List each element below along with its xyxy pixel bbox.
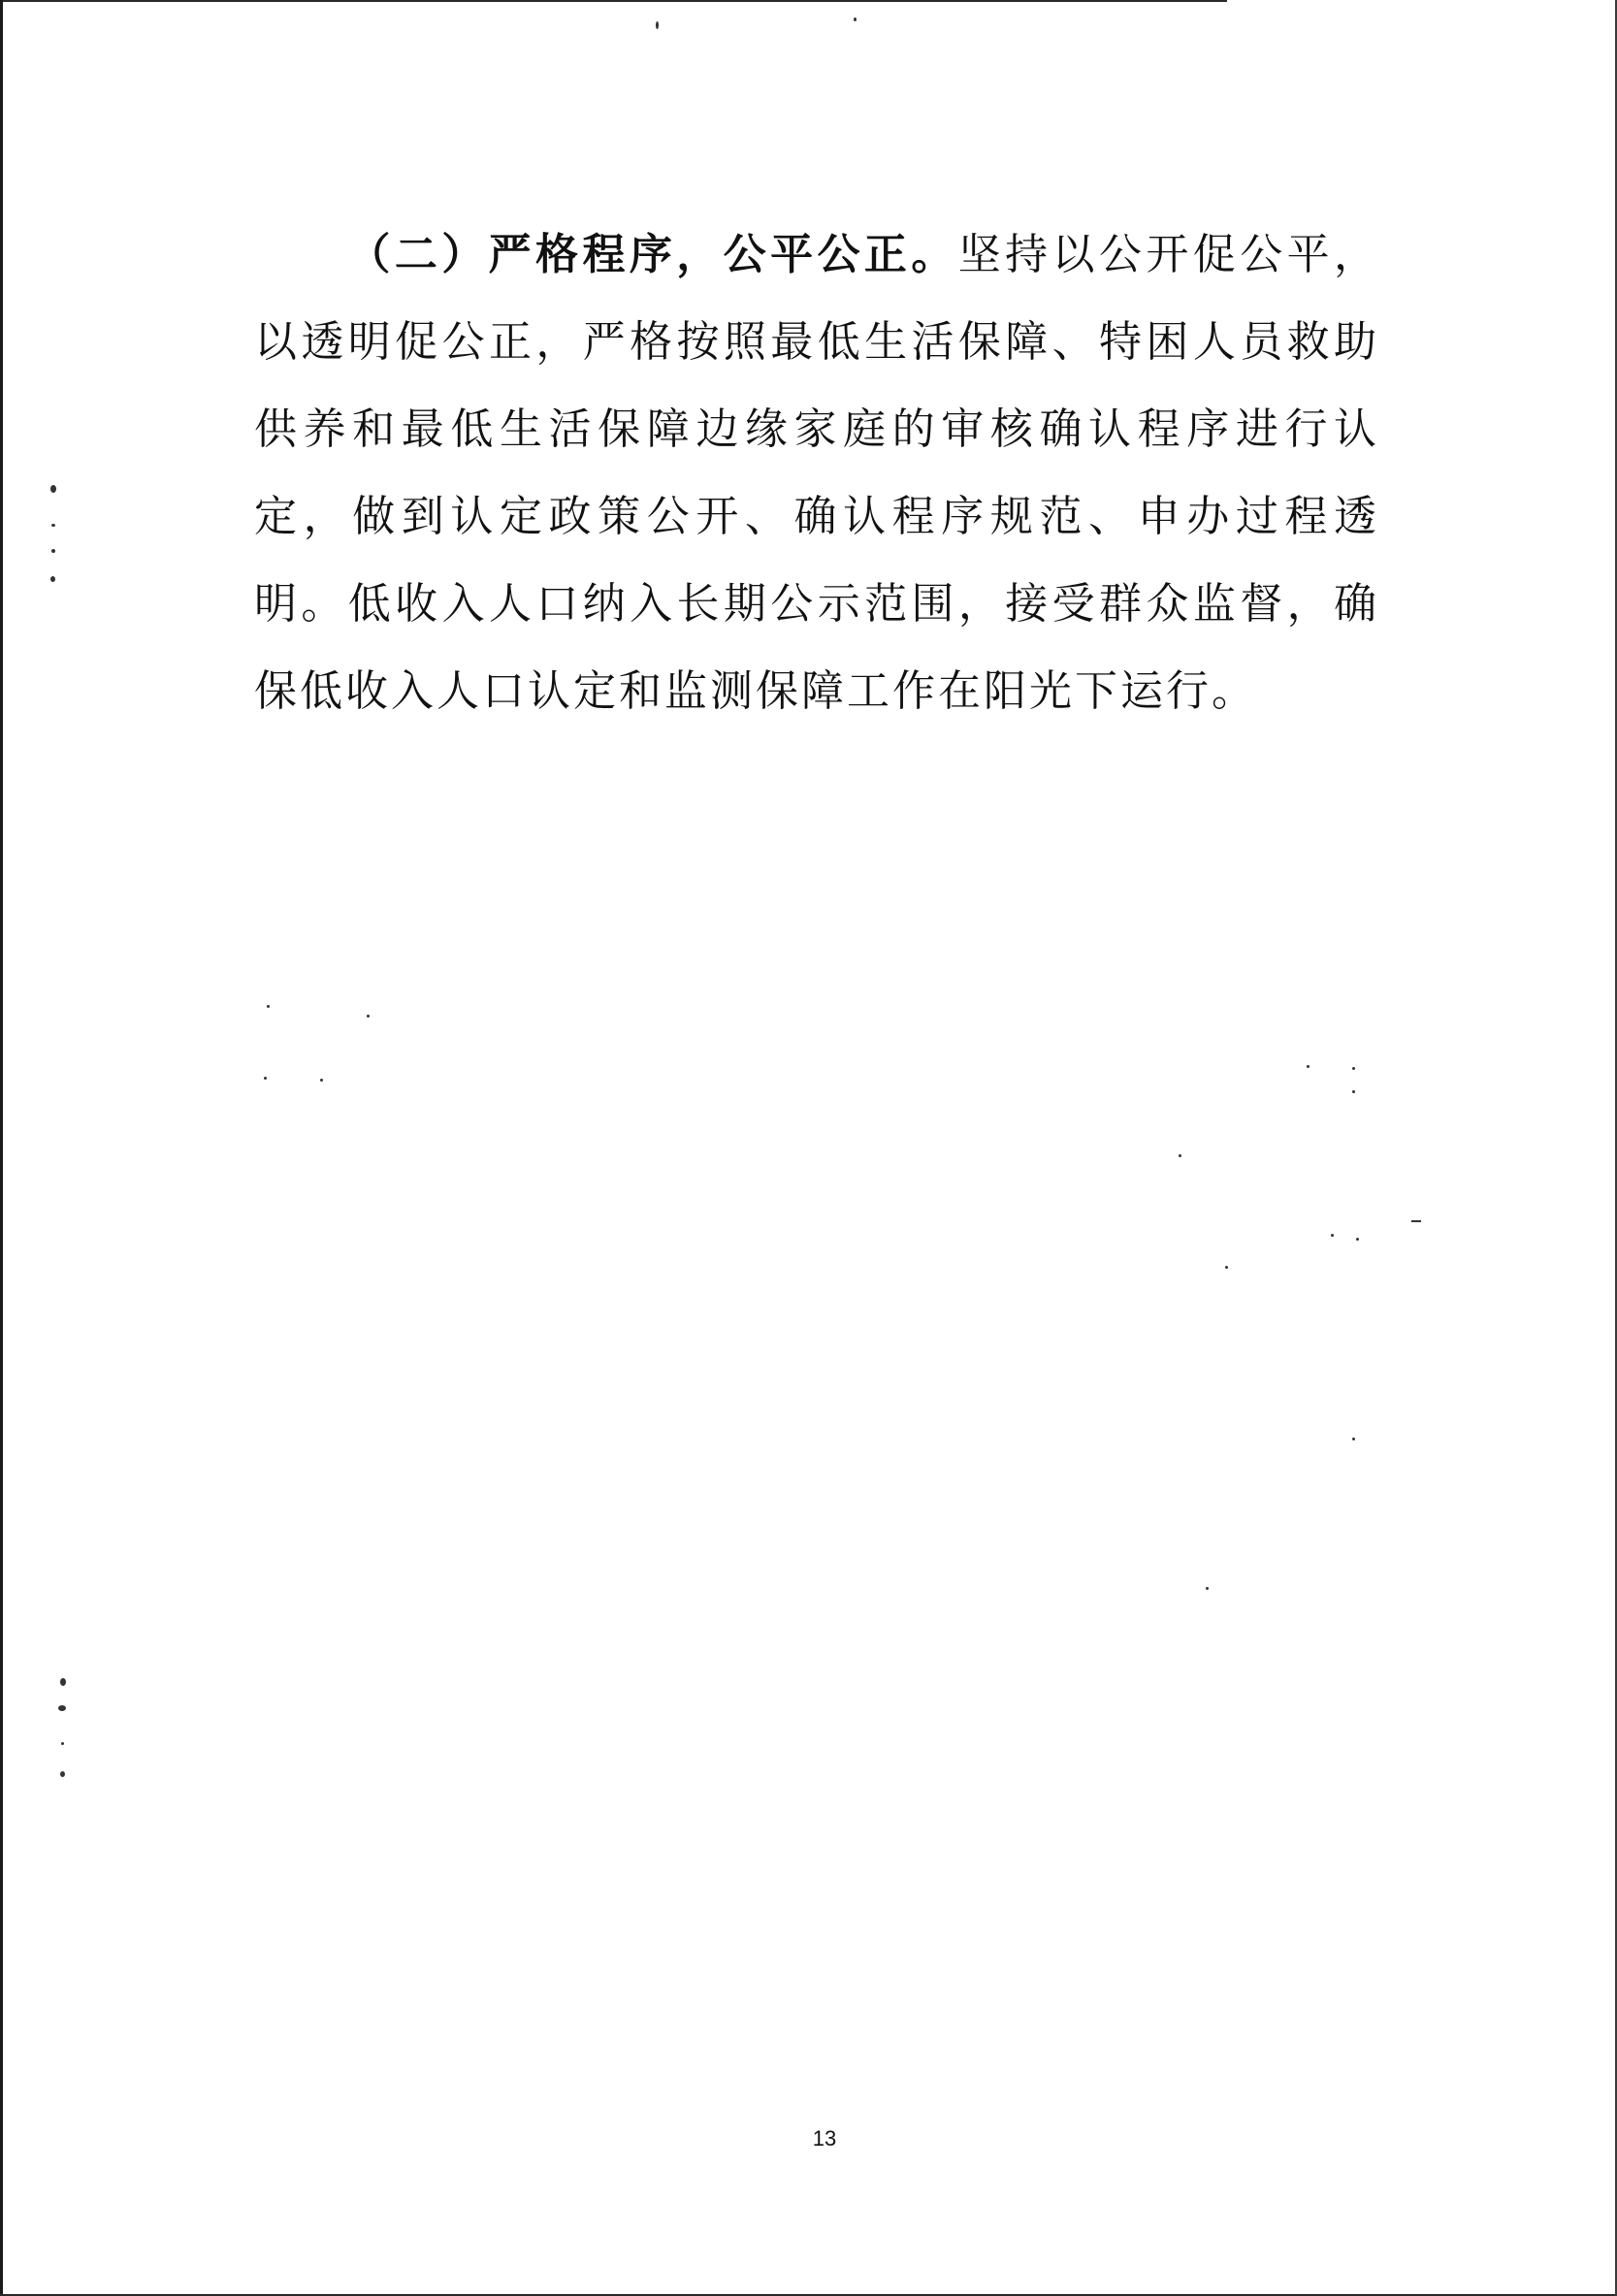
body-paragraph: （二）严格程序，公平公正。坚持以公开促公平，以透明促公正，严格按照最低生活保障、…	[254, 211, 1379, 735]
scan-speck	[367, 1015, 370, 1018]
scan-speck	[320, 1079, 323, 1082]
scan-speck	[60, 1678, 66, 1686]
scan-speck	[267, 1005, 270, 1008]
scan-speck	[1307, 1065, 1310, 1068]
scan-speck	[1352, 1067, 1355, 1070]
scan-speck	[1331, 1234, 1334, 1237]
scan-speck	[50, 576, 55, 582]
scan-border-top	[0, 0, 1227, 2]
scan-speck	[61, 1742, 64, 1745]
scan-speck	[1206, 1587, 1209, 1590]
paragraph-text: 坚持以公开促公平，以透明促公正，严格按照最低生活保障、特困人员救助供养和最低生活…	[254, 230, 1379, 716]
scan-speck	[58, 1705, 66, 1711]
page-number: 13	[0, 2126, 1617, 2151]
scan-speck	[1352, 1090, 1355, 1093]
scan-speck	[60, 1771, 65, 1777]
scan-speck	[1356, 1238, 1359, 1241]
scan-speck	[656, 21, 659, 29]
scan-speck	[51, 524, 55, 527]
scan-border-left	[0, 0, 3, 2296]
scan-speck	[50, 485, 56, 493]
scan-speck	[51, 549, 55, 553]
scan-speck	[1352, 1438, 1355, 1440]
scan-speck	[264, 1077, 267, 1080]
scan-speck	[1411, 1220, 1421, 1222]
section-heading: （二）严格程序，公平公正。	[346, 230, 958, 279]
document-page: （二）严格程序，公平公正。坚持以公开促公平，以透明促公正，严格按照最低生活保障、…	[0, 0, 1617, 2296]
scan-speck	[1179, 1154, 1181, 1157]
scan-speck	[854, 17, 857, 21]
scan-speck	[1225, 1266, 1228, 1269]
